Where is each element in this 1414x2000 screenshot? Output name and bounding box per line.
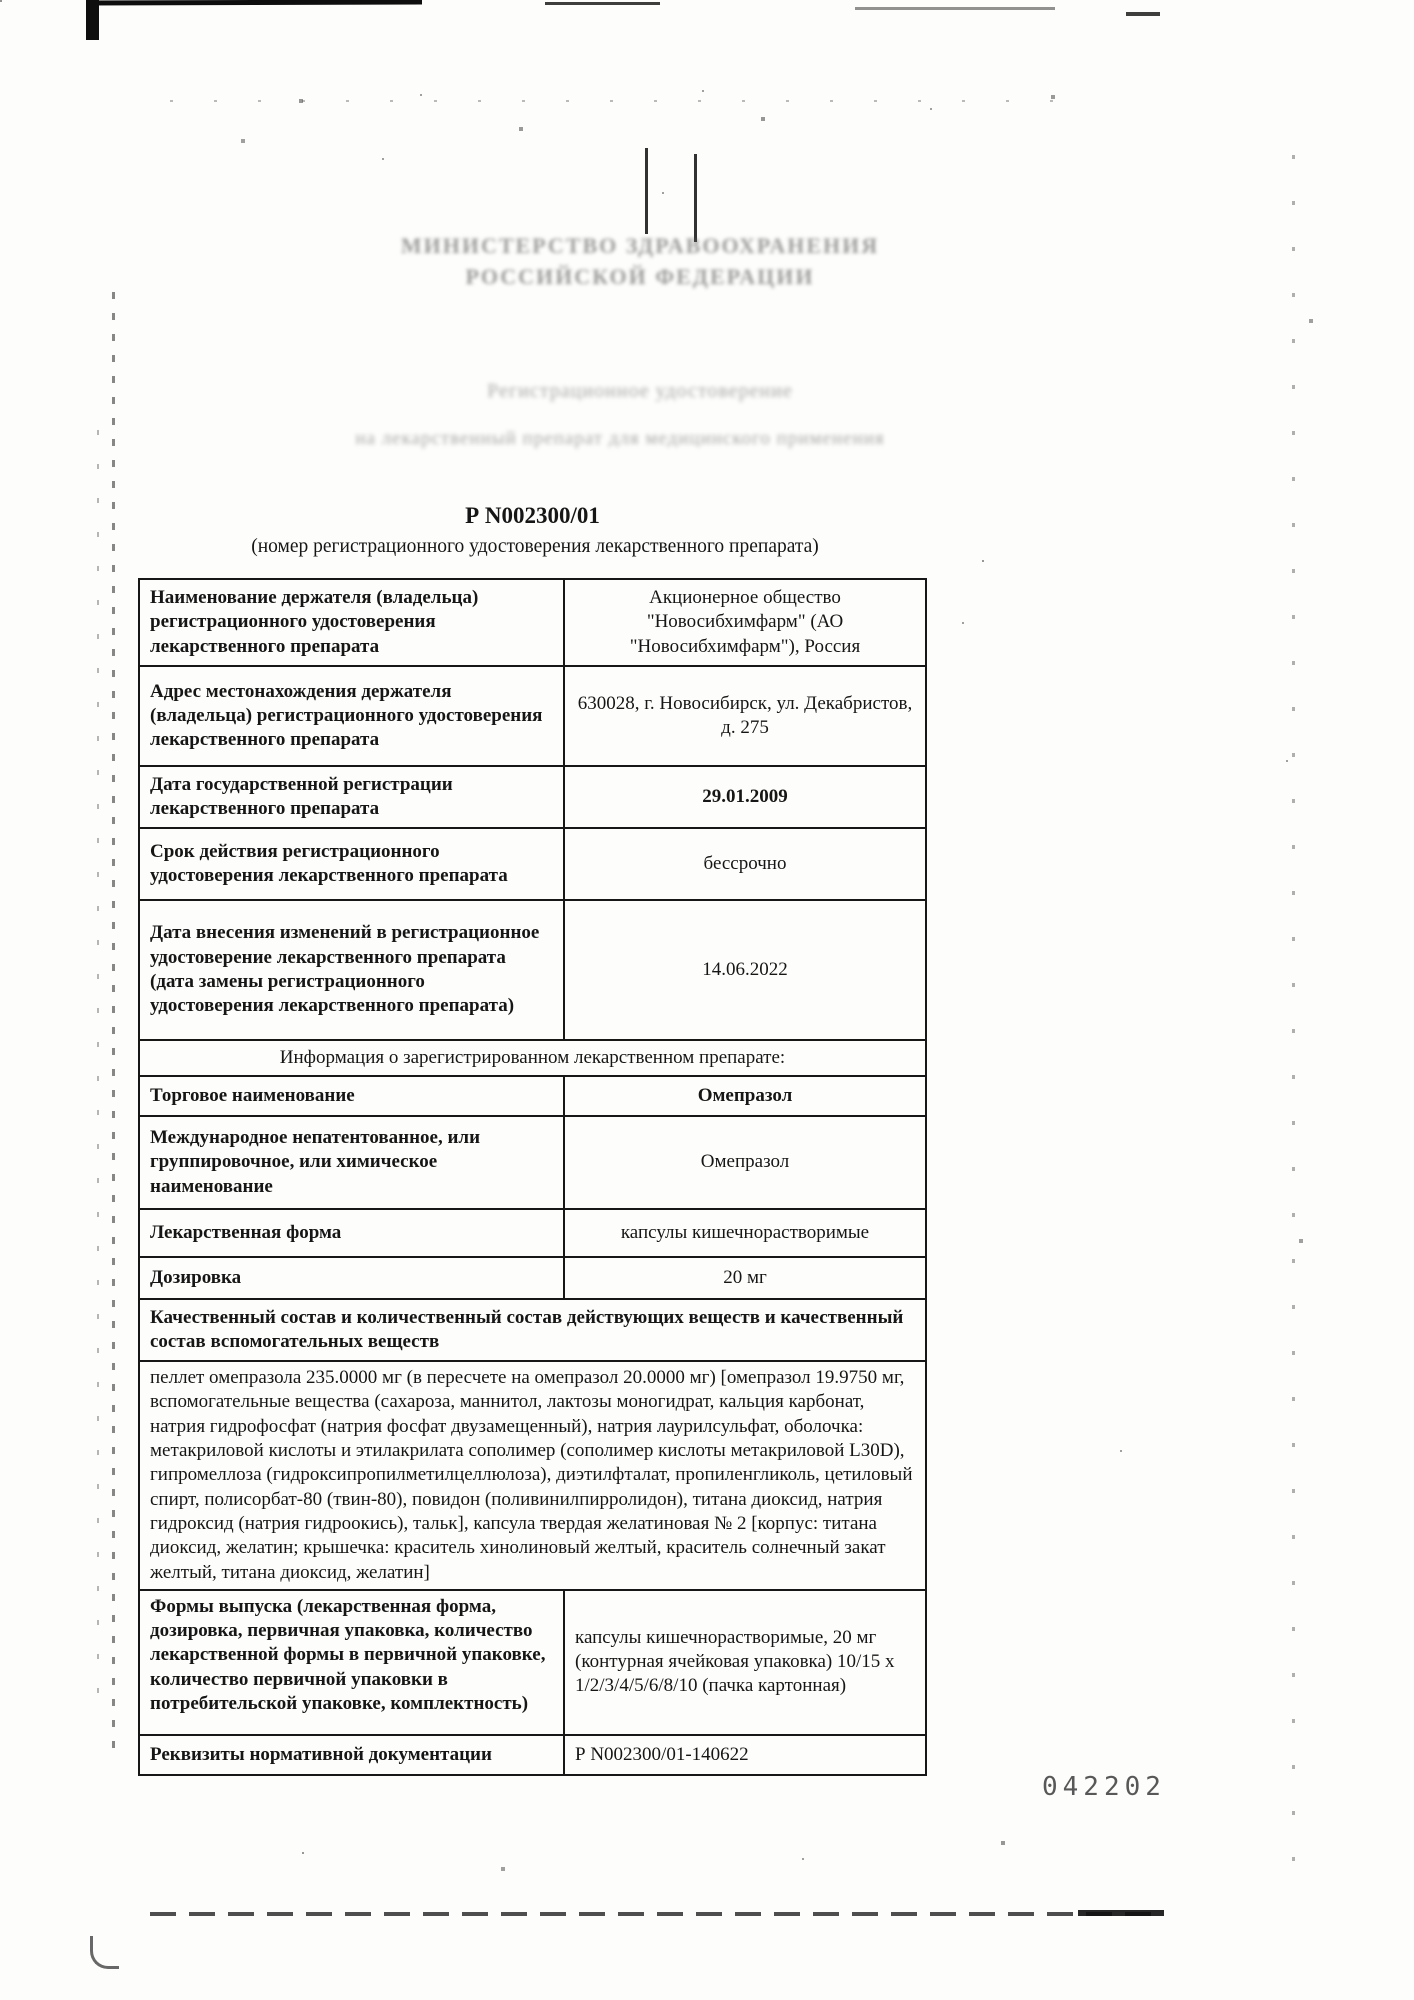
amendment-date-value: 14.06.2022 — [564, 900, 926, 1040]
inn-value: Омепразол — [564, 1116, 926, 1209]
table-row: Дата государственной регистрации лекарст… — [139, 766, 926, 828]
scan-edge-mark — [86, 0, 422, 5]
scan-edge-mark — [545, 2, 660, 5]
validity-value: бессрочно — [564, 828, 926, 900]
stamp-serial-number: 042202 — [1042, 1772, 1166, 1802]
scan-margin-dashes — [112, 292, 115, 1762]
scan-bottom-dashes — [150, 1912, 1162, 1916]
scan-edge-mark — [855, 7, 1055, 10]
table-row: Дозировка 20 мг — [139, 1257, 926, 1299]
registration-number: Р N002300/01 — [138, 503, 927, 529]
table-row: Качественный состав и количественный сос… — [139, 1299, 926, 1361]
normative-docs-label: Реквизиты нормативной документации — [139, 1735, 564, 1775]
table-row: Адрес местонахождения держателя (владель… — [139, 666, 926, 766]
ministry-line-1: МИНИСТЕРСТВО ЗДРАВООХРАНЕНИЯ — [280, 230, 1000, 261]
release-forms-value: капсулы кишечнорастворимые, 20 мг (конту… — [564, 1590, 926, 1735]
holder-address-value: 630028, г. Новосибирск, ул. Декабристов,… — [564, 666, 926, 766]
scan-noise-specks — [0, 0, 2, 2]
registration-date-label: Дата государственной регистрации лекарст… — [139, 766, 564, 828]
inn-label: Международное непатентованное, или групп… — [139, 1116, 564, 1209]
trade-name-label: Торговое наименование — [139, 1076, 564, 1116]
table-row: Дата внесения изменений в регистрационно… — [139, 900, 926, 1040]
normative-docs-value: Р N002300/01-140622 — [564, 1735, 926, 1775]
dosage-label: Дозировка — [139, 1257, 564, 1299]
dosage-value: 20 мг — [564, 1257, 926, 1299]
registration-tick-mark — [645, 148, 648, 234]
amendment-date-label: Дата внесения изменений в регистрационно… — [139, 900, 564, 1040]
faded-certificate-line: Регистрационное удостоверение — [330, 380, 950, 403]
scan-corner-mark — [86, 0, 99, 40]
release-forms-label: Формы выпуска (лекарственная форма, дози… — [139, 1590, 564, 1735]
composition-text: пеллет омепразола 235.0000 мг (в пересче… — [139, 1361, 926, 1590]
scan-bottom-mark — [1078, 1910, 1164, 1916]
scan-margin-dashes — [1292, 155, 1295, 1885]
registration-number-caption: (номер регистрационного удостоверения ле… — [100, 536, 970, 558]
holder-name-label: Наименование держателя (владельца) регис… — [139, 579, 564, 666]
table-row: Международное непатентованное, или групп… — [139, 1116, 926, 1209]
table-row: Информация о зарегистрированном лекарств… — [139, 1040, 926, 1076]
table-row: Реквизиты нормативной документации Р N00… — [139, 1735, 926, 1775]
dosage-form-label: Лекарственная форма — [139, 1209, 564, 1257]
registration-date-value: 29.01.2009 — [564, 766, 926, 828]
table-row: пеллет омепразола 235.0000 мг (в пересче… — [139, 1361, 926, 1590]
validity-label: Срок действия регистрационного удостовер… — [139, 828, 564, 900]
holder-name-value: Акционерное общество "Новосибхимфарм" (А… — [564, 579, 926, 666]
dosage-form-value: капсулы кишечнорастворимые — [564, 1209, 926, 1257]
scanned-certificate-page: МИНИСТЕРСТВО ЗДРАВООХРАНЕНИЯ РОССИЙСКОЙ … — [0, 0, 1414, 2000]
table-row: Формы выпуска (лекарственная форма, дози… — [139, 1590, 926, 1735]
info-banner: Информация о зарегистрированном лекарств… — [139, 1040, 926, 1076]
table-row: Наименование держателя (владельца) регис… — [139, 579, 926, 666]
scan-corner-mark — [1126, 12, 1160, 16]
table-row: Срок действия регистрационного удостовер… — [139, 828, 926, 900]
scan-noise-line — [170, 100, 1080, 102]
certificate-table: Наименование держателя (владельца) регис… — [138, 578, 927, 1776]
composition-header: Качественный состав и количественный сос… — [139, 1299, 926, 1361]
ministry-header: МИНИСТЕРСТВО ЗДРАВООХРАНЕНИЯ РОССИЙСКОЙ … — [280, 230, 1000, 292]
registration-tick-mark — [694, 154, 697, 242]
scan-corner-hook — [90, 1936, 119, 1969]
table-row: Лекарственная форма капсулы кишечнораств… — [139, 1209, 926, 1257]
scan-margin-dashes — [97, 430, 99, 1720]
trade-name-value: Омепразол — [564, 1076, 926, 1116]
ministry-line-2: РОССИЙСКОЙ ФЕДЕРАЦИИ — [280, 261, 1000, 292]
table-row: Торговое наименование Омепразол — [139, 1076, 926, 1116]
holder-address-label: Адрес местонахождения держателя (владель… — [139, 666, 564, 766]
faded-certificate-line: на лекарственный препарат для медицинско… — [150, 428, 1090, 450]
